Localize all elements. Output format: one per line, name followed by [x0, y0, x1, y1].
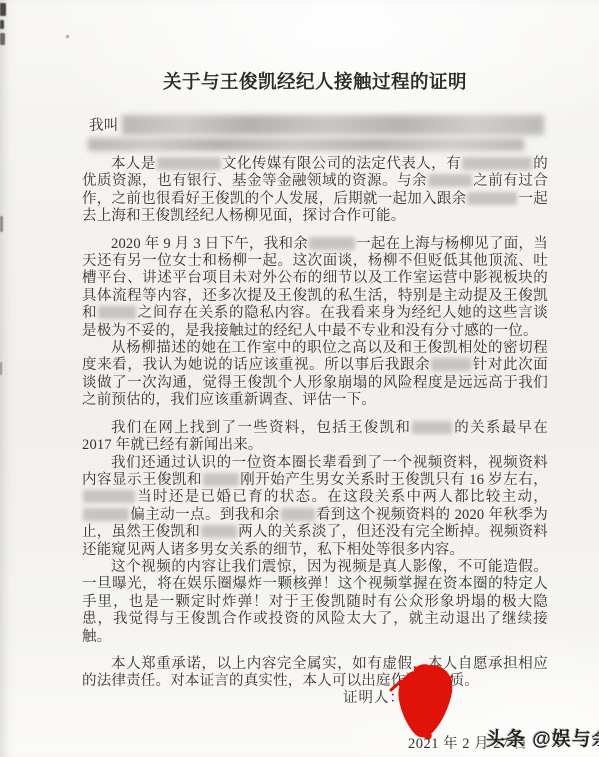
- redaction-block: [201, 525, 237, 538]
- toutiao-watermark: 头条 @娱与余: [486, 724, 599, 751]
- redaction-block: [431, 358, 471, 371]
- scan-artifact: [0, 20, 4, 29]
- paragraph: 从杨柳描述的她在工作室中的职位之高以及和王俊凯相处的密切程度来看，我认为她说的话…: [82, 340, 548, 410]
- red-signature-seal: [388, 662, 460, 742]
- redaction-block: [412, 421, 452, 434]
- redaction-block: [157, 157, 221, 170]
- intro-redaction-1: [122, 115, 544, 135]
- redaction-block: [281, 508, 315, 521]
- redaction-block: [83, 490, 135, 503]
- paragraph: 这个视频的内容让我们震惊，因为视频是真人影像，不可能造假。一旦曝光，将在娱乐圈爆…: [82, 559, 548, 646]
- scan-artifact: [0, 3, 6, 16]
- intro-label: 我叫: [89, 118, 118, 135]
- paragraph: 我们还通过认识的一位资本圈长辈看到了一个视频资料，视频资料内容显示王俊凯和刚开始…: [82, 455, 548, 559]
- intro-redaction-2: [88, 138, 524, 151]
- redaction-block: [98, 306, 136, 319]
- scanned-document-page: 关于与王俊凯经纪人接触过程的证明 我叫 本人是文化传媒有限公司的法定代表人，有的…: [0, 0, 599, 757]
- paragraph: 2020 年 9 月 3 日下午，我和余一起在上海与杨柳见了面，当天还有另一位女…: [82, 236, 548, 340]
- scan-artifact: [66, 35, 69, 38]
- scan-artifact: [0, 216, 3, 232]
- paragraph: 本人郑重承诺，以上内容完全属实，如有虚假，本人自愿承担相应的法律责任。对本证言的…: [82, 656, 548, 691]
- document-title: 关于与王俊凯经纪人接触过程的证明: [82, 68, 548, 94]
- redaction-block: [83, 508, 129, 521]
- redaction-block: [428, 174, 472, 187]
- intro-block: 我叫: [82, 112, 548, 156]
- redaction-block: [467, 192, 517, 205]
- redaction-block: [462, 157, 532, 170]
- paragraph-container: 本人是文化传媒有限公司的法定代表人，有的优质资源，也有银行、基金等金融领域的资源…: [82, 156, 548, 691]
- paragraph: 本人是文化传媒有限公司的法定代表人，有的优质资源，也有银行、基金等金融领域的资源…: [82, 156, 548, 226]
- scan-artifact: [0, 362, 2, 375]
- redaction-block: [309, 237, 355, 250]
- scan-artifact: [0, 33, 5, 45]
- paragraph: 我们在网上找到了一些资料，包括王俊凯和的关系最早在 2017 年就已经有新闻出来…: [82, 420, 548, 455]
- document-body: 我叫 本人是文化传媒有限公司的法定代表人，有的优质资源，也有银行、基金等金融领域…: [82, 112, 548, 691]
- redaction-block: [203, 473, 239, 486]
